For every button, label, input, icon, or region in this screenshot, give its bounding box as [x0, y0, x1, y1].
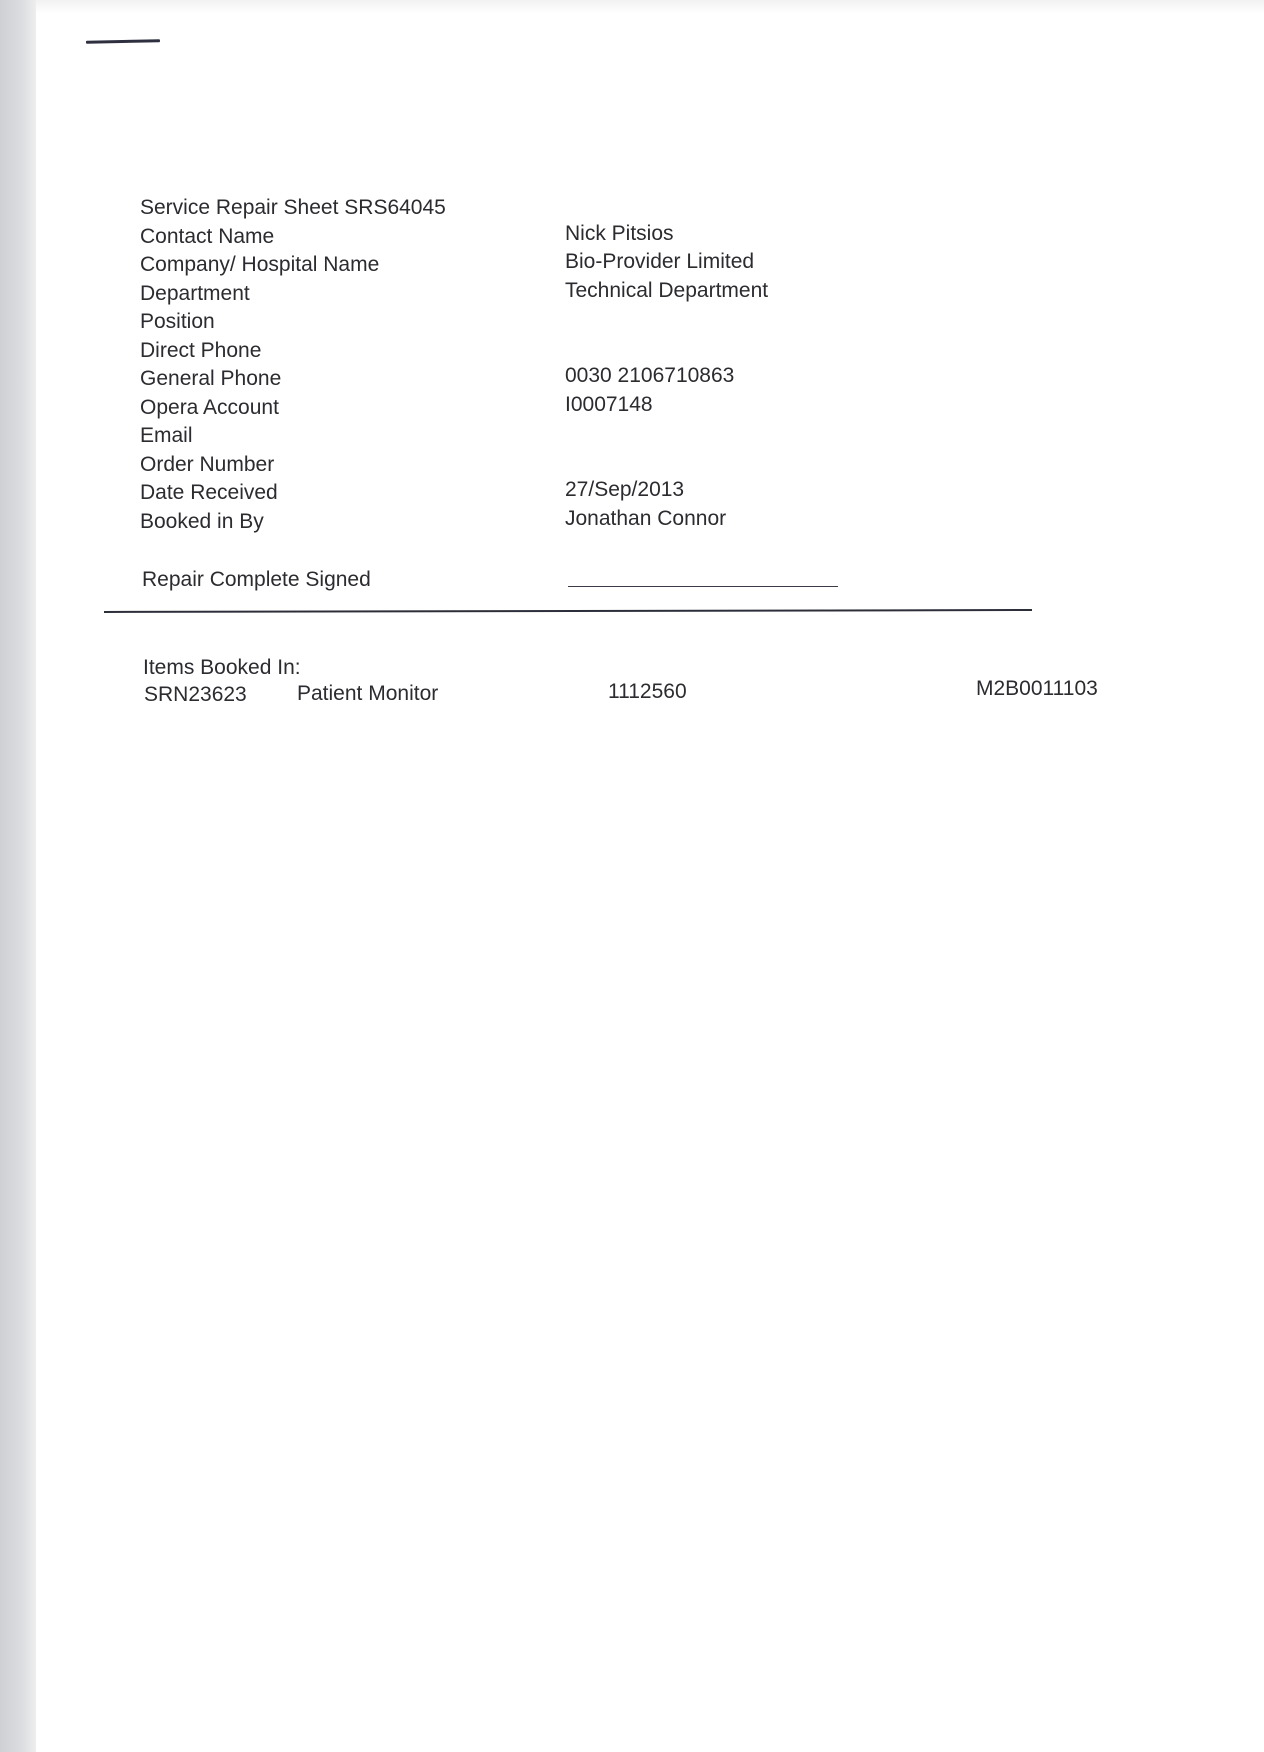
field-label-contact-name: Contact Name: [140, 225, 274, 249]
field-label-department: Department: [140, 282, 250, 306]
scan-edge-shadow: [0, 0, 36, 1752]
section-divider: [104, 609, 1032, 613]
field-value-company: Bio-Provider Limited: [565, 250, 754, 274]
field-label-email: Email: [140, 424, 193, 448]
field-label-position: Position: [140, 310, 215, 334]
field-value-opera-account: I0007148: [565, 393, 653, 417]
field-label-booked-in-by: Booked in By: [140, 510, 264, 534]
field-label-general-phone: General Phone: [140, 367, 281, 391]
field-label-direct-phone: Direct Phone: [140, 339, 261, 363]
field-value-contact-name: Nick Pitsios: [565, 222, 674, 246]
field-label-order-number: Order Number: [140, 453, 274, 477]
field-label-date-received: Date Received: [140, 481, 278, 505]
field-value-booked-in-by: Jonathan Connor: [565, 507, 726, 531]
field-label-company: Company/ Hospital Name: [140, 253, 379, 277]
items-heading: Items Booked In:: [143, 656, 301, 680]
scan-top-shadow: [36, 0, 1264, 14]
item-srn: SRN23623: [144, 683, 247, 707]
item-description: Patient Monitor: [297, 682, 438, 706]
item-number: 1112560: [608, 680, 687, 704]
sheet-title: Service Repair Sheet SRS64045: [140, 196, 446, 220]
field-value-date-received: 27/Sep/2013: [565, 478, 684, 502]
pen-mark: [86, 39, 160, 44]
field-value-general-phone: 0030 2106710863: [565, 364, 734, 388]
repair-complete-signed-label: Repair Complete Signed: [142, 568, 371, 592]
field-label-opera-account: Opera Account: [140, 396, 279, 420]
field-value-department: Technical Department: [565, 279, 768, 303]
item-serial: M2B0011103: [976, 677, 1098, 701]
signature-line: [568, 586, 838, 587]
